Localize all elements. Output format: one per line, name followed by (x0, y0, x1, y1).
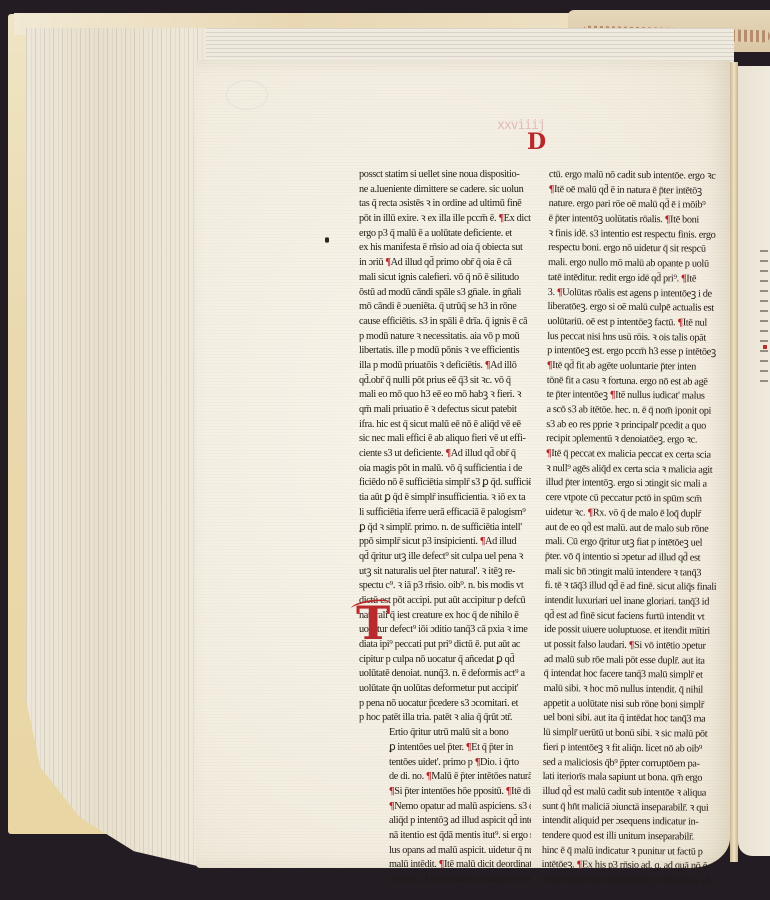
text-line: mō cāndi ē ɔueniēta. q̄ utrūq̄ se h3 in … (359, 300, 531, 315)
paragraph-mark-icon: ¶ (681, 273, 686, 284)
text-line: uolūtariū. oē est p intentōeꝫ factū. ¶It… (547, 315, 729, 332)
paragraph-mark-icon: ¶ (677, 317, 682, 328)
text-line: tas q̄ recta ɔsistēs ꝛ in ordine ad ulti… (359, 197, 531, 212)
text-line: mali eo mō quo h3 eē eo mō habꝫ ꝛ fieri.… (359, 388, 531, 403)
text-line: ꝑ q̄d ꝛ simplr̄. primo. n. de sufficiēti… (359, 521, 531, 536)
gutter (730, 62, 738, 862)
text-line: cere vtpote cū peccatur pctō in spūm scm… (545, 491, 727, 508)
text-line: p modū nature ꝛ necessitatis. aia vō p m… (359, 330, 531, 345)
text-line: lū simplr̄ uerūtū ut bonū sibi. ꝛ sic ma… (543, 726, 725, 743)
text-line: lus opans ad malū aspicit. uidetur q̄ nu… (359, 844, 531, 859)
text-line: ctū. ergo malū nō cadit sub intentōe. er… (549, 168, 731, 185)
text-line: ex his manifesta ē rn̄sio ad oia q̄ obie… (359, 241, 531, 256)
paragraph-mark-icon: ¶ (547, 360, 552, 371)
paragraph-mark-icon: ¶ (485, 360, 490, 371)
text-line: uolūtatē denoiat. nunq̄3. n. ē deformis … (359, 667, 531, 682)
text-line: possct statim si uellet sine noua dispos… (359, 168, 531, 183)
text-line: ppō simplr̄ sicut p3 insipicienti. ¶Ad i… (359, 535, 531, 550)
text-line: ꝑ intentōes uel p̄ter. ¶Et q̄ p̄ter in (359, 741, 531, 756)
text-line: qd̄ q̄ritur utꝫ ille defect⁹ sit culpa u… (359, 550, 531, 565)
facing-page-text-edge (760, 250, 768, 390)
paragraph-mark-icon: ¶ (466, 742, 471, 753)
text-line: tatē intēditur. redit ergo idē qd̄ pri⁹.… (548, 271, 730, 288)
text-line: mali sicut ignis calefieri. vō q̄ nō ē s… (359, 271, 531, 286)
text-line: p pena nō uocatur p̄cedere s3 ɔcomitari.… (359, 697, 531, 712)
text-line: ne a.lueniente dimittere se cadere. sic … (359, 183, 531, 198)
text-line: p hoc patēt illa tria. patēt ꝛ alia q̄ q… (359, 711, 531, 726)
text-line: cause efficiētis. s3 in spāli ē drīa. q̄… (359, 315, 531, 330)
text-line: ciente s3 ut deficiente. ¶Ad illud qd̄ o… (359, 447, 531, 462)
text-line: tia aūt ꝑ q̄d ē simplr̄ insufficientia. … (359, 491, 531, 506)
text-line: uidetur ꝛc. ¶Rx. vō q̄ de malo ē loq̄ du… (545, 506, 727, 523)
right-text-column: ctū. ergo malū nō cadit sub intentōe. er… (541, 168, 731, 890)
text-line: ergo p3 q̄ malū ē a uolūtate deficiente.… (359, 227, 531, 242)
text-line: ad finē. s3 intētio dicit uolūtatē ad fi… (359, 873, 531, 888)
paragraph-mark-icon: ¶ (546, 448, 551, 459)
left-text-column: possct statim si uellet sine noua dispos… (359, 168, 531, 888)
text-line: ¶Itē qd̄ fit ab agēte uoluntarie p̄ter i… (547, 359, 729, 376)
text-line: pōt in illū exire. ꝛ ex illa ille pccm̄ … (359, 212, 531, 227)
text-line: ē p̄ter intentōꝫ uolūtatis rōalis. ¶Itē … (548, 212, 730, 229)
text-line: ut possit falso laudari. ¶Si vō intētio … (544, 638, 726, 655)
facing-page (738, 66, 770, 856)
facing-page-rubric-mark (763, 345, 767, 349)
text-line: de di. no. ¶Malū ē p̄ter intētōes naturā… (359, 770, 531, 785)
paragraph-mark-icon: ¶ (385, 257, 390, 268)
text-line: uolūtate q̄n uolūtas deformetur put acci… (359, 682, 531, 697)
text-line: tentōes uidet'. primo p ¶Dio. i q̄rto (359, 756, 531, 771)
text-line: spectu c⁹. ꝛ iā p3 rn̄sio. oib⁹. n. bis … (359, 579, 531, 594)
paragraph-mark-icon: ¶ (426, 771, 431, 782)
text-line: oia magis pōt in malū. vō q̄ sufficienti… (359, 462, 531, 477)
text-line: malū intēdit. ¶Itē malū dicit deordinatō… (359, 858, 531, 873)
text-line: p̄ter. vō q̄ intentio si ɔpetur ad illud… (545, 550, 727, 567)
text-line: illud qd̄ est malū cadit sub intentōe ꝛ … (542, 785, 724, 802)
text-line: sic nec mali effici ē ab aliquo fieri vē… (359, 432, 531, 447)
text-line: illa p modū priuatōis ꝛ deficiētis. ¶Ad … (359, 359, 531, 374)
paragraph-mark-icon: ¶ (389, 801, 394, 812)
paragraph-mark-icon: ¶ (480, 536, 485, 547)
text-line: mali. ergo nullo mō malū ab opante p uol… (548, 256, 730, 273)
faint-pencil-mark (226, 80, 268, 110)
text-line: qm̄ mali priuatio ē ꝛ defectus sicut pat… (359, 403, 531, 418)
text-line: rn̄dēō simplr̄ s3 distinguēdo. p3 etiā r… (541, 873, 723, 890)
text-line: utꝫ sit naturalis uel p̄ter natural'. ꝛ … (359, 565, 531, 580)
text-line: libertatis. ille p modū pōnis ꝛ ve effic… (359, 344, 531, 359)
text-line: li sufficiētia iferre uerā efficaciā ē p… (359, 506, 531, 521)
paragraph-mark-icon: ¶ (629, 640, 634, 651)
paragraph-mark-icon: ¶ (549, 184, 554, 195)
fanned-page-edges (26, 28, 206, 868)
text-line: fieri p intentōeꝫ ꝛ fit aliq̄n. licet nō… (543, 741, 725, 758)
text-line: a scō s3 ab itētōe. hec. n. ē q̄ nom̄ ip… (546, 403, 728, 420)
text-line: ōstū ad modū cāndi spāle s3 gn̄ale. in g… (359, 286, 531, 301)
text-line: malū sibi. ꝛ hoc mō nullus intendit. q̄ … (543, 682, 725, 699)
text-line: ¶Itē q̄ peccat ex malicia peccat ex cert… (546, 447, 728, 464)
paragraph-mark-icon: ¶ (475, 757, 480, 768)
paragraph-mark-icon: ¶ (498, 213, 503, 224)
text-line: Ertio q̄ritur utrū malū sit a bono (359, 726, 531, 741)
text-line: ¶Nemo opatur ad malū aspiciens. s3 q̄ op… (359, 800, 531, 815)
paragraph-mark-icon: ¶ (557, 287, 562, 298)
text-line: cipitur p culpa nō uocatur q̄ añcedat ꝑ … (359, 653, 531, 668)
text-line: ¶Si p̄ter intentōes hōe ppositū. ¶Itē di… (359, 785, 531, 800)
book-scene: xxviiij D possct statim si uellet sine n… (0, 0, 770, 900)
text-line: ifra. hic est q̄ sicut malū eē nō ē aliq… (359, 418, 531, 433)
paragraph-mark-icon: ¶ (665, 214, 670, 225)
guide-letter: D (527, 130, 549, 154)
paragraph-mark-icon: ¶ (389, 786, 394, 797)
paragraph-mark-icon: ¶ (587, 507, 592, 518)
paragraph-mark-icon: ¶ (506, 786, 511, 797)
paragraph-mark-icon: ¶ (439, 859, 444, 870)
rubricated-initial: T (356, 601, 392, 645)
text-line: in ɔriū ¶Ad illud qd̄ primo obr̄ q̄ oia … (359, 256, 531, 271)
ink-speck (325, 235, 329, 245)
text-line: qd̄.obr̄ q̄ nulli pōt prius eē q̄3 sit ꝛ… (359, 374, 531, 389)
paragraph-mark-icon: ¶ (445, 448, 450, 459)
text-line: intendit luxuriari uel inane gloriari. t… (544, 594, 726, 611)
paragraph-mark-icon: ¶ (610, 390, 615, 401)
paragraph-mark-icon: ¶ (577, 860, 582, 871)
text-line: nā itentio est q̄dā mentis itut⁹. si erg… (359, 829, 531, 844)
text-line: aliq̄d p intentōꝫ ad illud aspicit qd̄ i… (359, 814, 531, 829)
text-line: tendere quod est illi unitum inseparabil… (542, 829, 724, 846)
text-line: ficiēdo nō ē sufficiētia simplr̄ s3 ꝑ q̄… (359, 476, 531, 491)
